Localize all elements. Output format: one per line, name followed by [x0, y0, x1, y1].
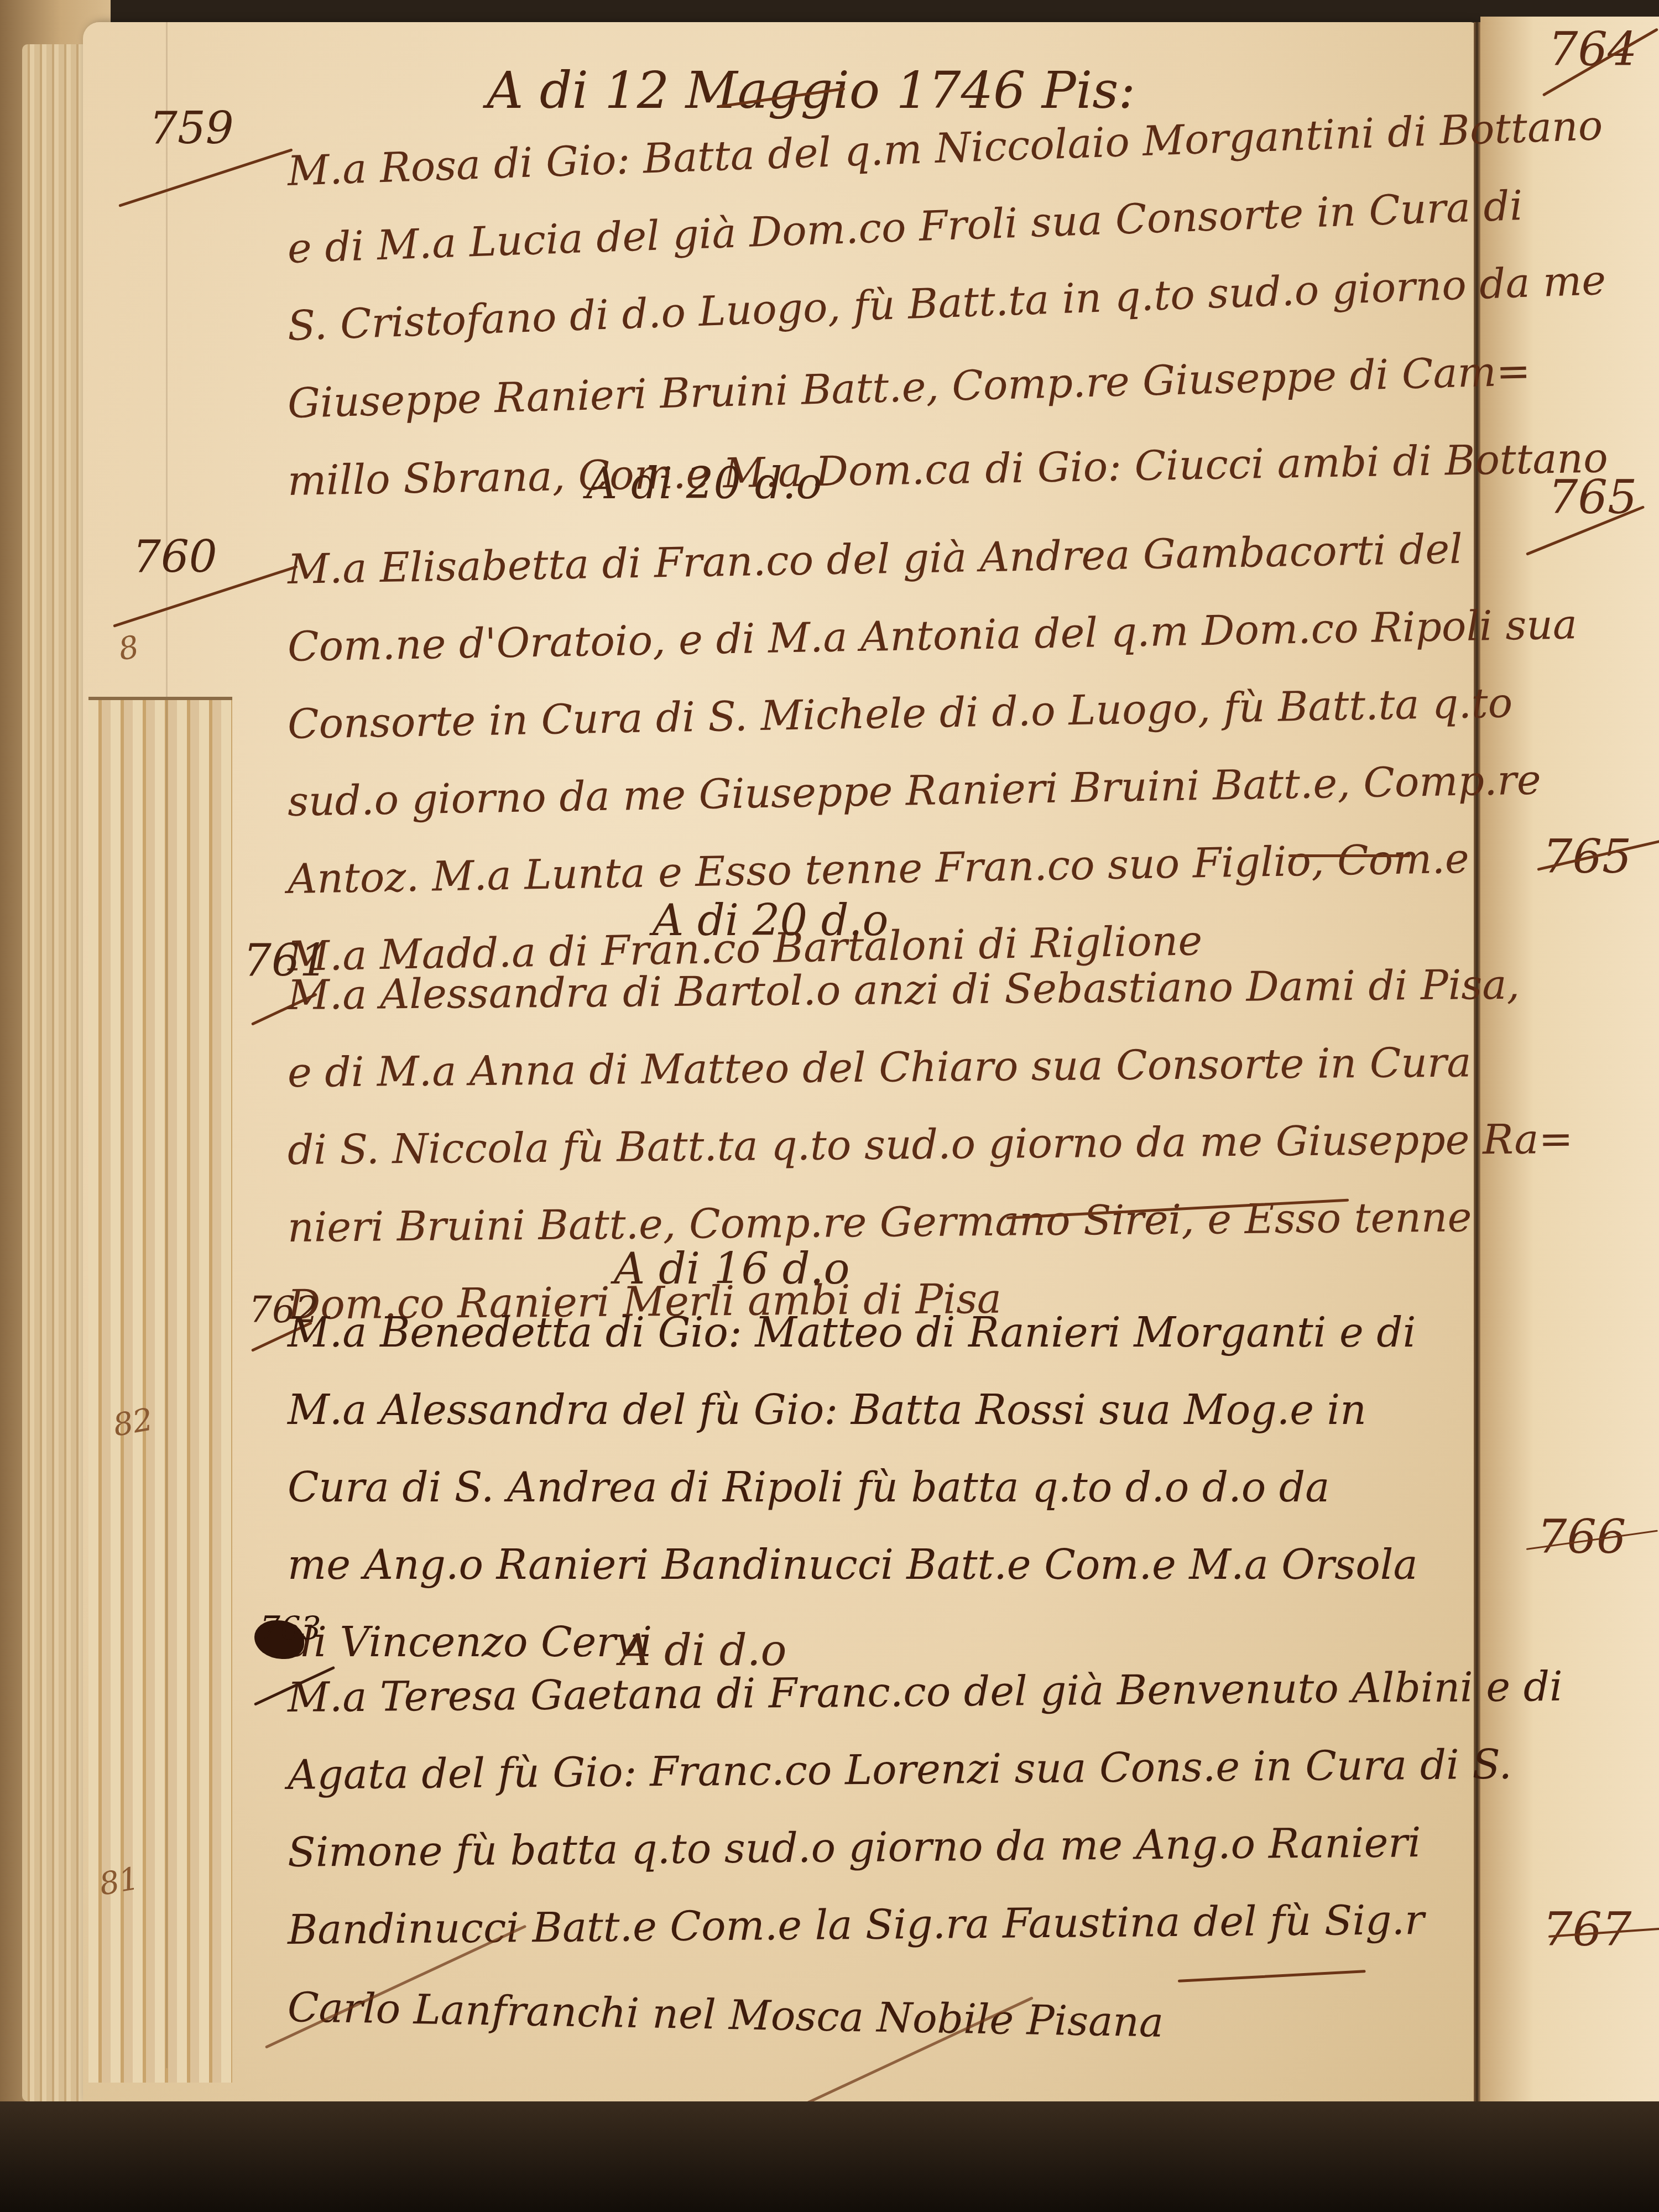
facing-page [1480, 17, 1659, 2101]
bottom-shadow [0, 2101, 1659, 2212]
entry-761: M.a Alessandra di Bartol.o anzi di Sebas… [288, 957, 1449, 1344]
entry-line: M.a Alessandra del fù Gio: Batta Rossi s… [288, 1371, 1449, 1449]
entry-end-flourish [1288, 854, 1410, 857]
entry-line: Simone fù batta q.to sud.o giorno da me … [287, 1804, 1449, 1891]
entry-line: Cura di S. Andrea di Ripoli fù batta q.t… [288, 1449, 1449, 1526]
entry-763: M.a Teresa Gaetana di Franc.co del già B… [288, 1659, 1449, 2046]
edge-number: 81 [97, 1860, 142, 1902]
entry-line: M.a Benedetta di Gio: Matteo di Ranieri … [288, 1294, 1449, 1371]
entry-line: di S. Niccola fù Batt.ta q.to sud.o gior… [287, 1102, 1449, 1189]
edge-number: 82 [111, 1401, 155, 1443]
entry-759: M.a Rosa di Gio: Batta del q.m Niccolaio… [288, 133, 1449, 520]
entry-line: e di M.a Anna di Matteo del Chiaro sua C… [287, 1024, 1449, 1112]
entry-number: 759 [149, 102, 234, 154]
entry-date-heading: A di 16 d.o [614, 1244, 850, 1294]
entry-date-heading: A di 20 d.o [653, 896, 889, 946]
facing-page-number: 767 [1543, 1902, 1631, 1957]
entry-762: M.a Benedetta di Gio: Matteo di Ranieri … [288, 1294, 1449, 1681]
entry-line: M.a Teresa Gaetana di Franc.co del già B… [287, 1649, 1449, 1736]
entry-line: M.a Alessandra di Bartol.o anzi di Sebas… [287, 947, 1449, 1034]
entry-line: Agata del fù Gio: Franc.co Lorenzi sua C… [287, 1726, 1449, 1814]
book-gutter [1474, 22, 1480, 2101]
entry-line: me Ang.o Ranieri Bandinucci Batt.e Com.e… [288, 1526, 1449, 1604]
entry-number: 763 [260, 1609, 321, 1647]
margin-rule [166, 22, 168, 2068]
entry-number: 760 [133, 531, 217, 582]
entry-date-heading: A di 20 d.o [586, 459, 822, 509]
entry-line: nieri Bruini Batt.e, Comp.re Germano Sir… [287, 1179, 1449, 1266]
